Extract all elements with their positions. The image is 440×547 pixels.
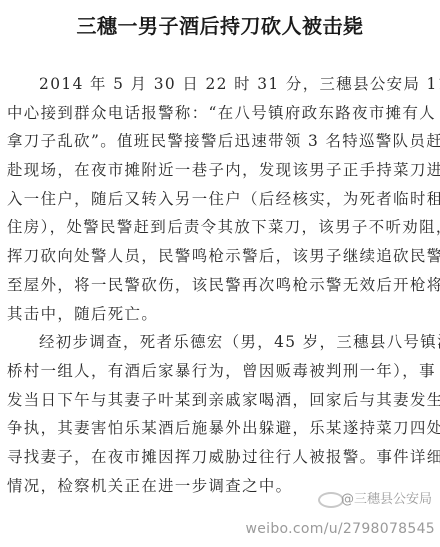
text-line: 2014 年 5 月 30 日 22 时 31 分，三穗县公安局 110 指挥: [7, 70, 435, 99]
text-line: 寻找妻子，在夜市摊因挥刀威胁过往行人被报警。事件详细: [7, 443, 435, 472]
text-line: 经初步调查，死者乐德宏（男，45 岁，三穗县八号镇江: [7, 328, 435, 357]
text-line: 争执，其妻害怕乐某酒后施暴外出躲避，乐某遂持菜刀四处: [7, 414, 435, 443]
article-body: 2014 年 5 月 30 日 22 时 31 分，三穗县公安局 110 指挥 …: [7, 70, 435, 500]
text-line: 赴现场，在夜市摊附近一巷子内，发现该男子正手持菜刀进: [7, 156, 435, 185]
text-line: 拿刀子乱砍”。值班民警接警后迅速带领 3 名特巡警队员赶: [7, 127, 435, 156]
text-line: 发当日下午与其妻子叶某到亲戚家喝酒，回家后与其妻发生: [7, 386, 435, 415]
text-line: 入一住户，随后又转入另一住户（后经核实，为死者临时租: [7, 185, 435, 214]
text-line: 至屋外，将一民警砍伤，该民警再次鸣枪示警无效后开枪将: [7, 271, 435, 300]
text-line: 其击中，随后死亡。: [7, 300, 435, 329]
watermark-handle: @三穗县公安局: [341, 488, 432, 507]
text-line: 挥刀砍向处警人员，民警鸣枪示警后，该男子继续追砍民警: [7, 242, 435, 271]
text-line: 住房），处警民警赶到后责令其放下菜刀，该男子不听劝阻，: [7, 213, 435, 242]
text-line: 桥村一组人，有酒后家暴行为，曾因贩毒被判刑一年），事: [7, 357, 435, 386]
article-title: 三穗一男子酒后持刀砍人被击毙: [0, 10, 440, 39]
text-line: 中心接到群众电话报警称：“在八号镇府政东路夜市摊有人: [7, 99, 435, 128]
watermark-url: weibo.com/u/2798078545: [246, 521, 436, 537]
